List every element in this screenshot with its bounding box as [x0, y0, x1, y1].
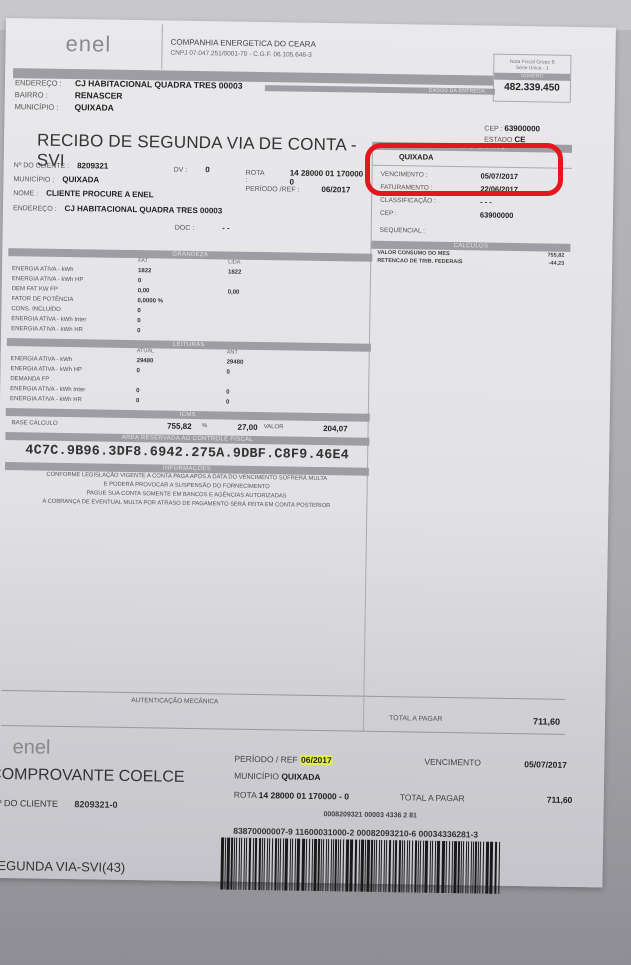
- grandeza-label: FATOR DE POTÊNCIA: [8, 296, 138, 304]
- barcode-bar: [254, 838, 257, 890]
- barcode-bar: [279, 838, 281, 890]
- leituras-c2: [226, 383, 316, 384]
- leituras-c2: 29480: [227, 360, 317, 367]
- left-column: GRANDEZA FAT LIDA ENERGIA ATIVA - kWh182…: [4, 248, 372, 512]
- sequencial-row: SEQUENCIAL :: [372, 224, 571, 240]
- stub-municipio-value: QUIXADA: [281, 771, 320, 782]
- barcode-bar: [291, 839, 293, 891]
- stub-vencimento-date: 05/07/2017: [524, 759, 567, 770]
- barcode-bar: [394, 840, 397, 892]
- periodo-value: 06/2017: [321, 185, 350, 194]
- barcode-bar: [388, 840, 391, 892]
- stub-vencimento-value: 05/07/2017: [524, 759, 567, 770]
- stub-cliente-label: Nº DO CLIENTE: [0, 798, 58, 809]
- barcode-bar: [271, 838, 273, 890]
- payment-stub: enel COMPROVANTE COELCE Nº DO CLIENTE 82…: [0, 730, 595, 889]
- grandeza-c2: [227, 333, 317, 334]
- barcode-bar: [263, 838, 265, 890]
- grandeza-c1: 1822: [138, 268, 228, 275]
- grandeza-c1: 0: [137, 318, 227, 325]
- stub-cliente-value: 8209321-0: [74, 799, 117, 810]
- barcode-bar: [479, 842, 481, 894]
- leituras-c2: 0: [226, 390, 316, 397]
- grandeza-c2: [228, 303, 318, 304]
- leituras-c1: [136, 381, 226, 382]
- leituras-col2: ANT: [227, 350, 317, 359]
- sequencial-label: SEQUENCIAL :: [380, 227, 480, 236]
- barcode-bar: [424, 841, 428, 893]
- periodo-row: PERÍODO /REF : 06/2017: [245, 184, 350, 195]
- leituras-label: ENERGIA ATIVA - kWh: [7, 356, 137, 364]
- barcode-bar: [349, 840, 353, 892]
- barcode-bar: [245, 838, 247, 890]
- barcode-bar: [268, 838, 270, 890]
- cliente-value: 8209321: [77, 161, 108, 170]
- company-cnpj: CNPJ 07.047.251/0001-70 - C.G.F. 06.105.…: [170, 50, 311, 59]
- cep-value: 63900000: [504, 124, 540, 134]
- bairro-label: BAIRRO :: [15, 90, 75, 100]
- cliente-row: Nº DO CLIENTE : 8209321: [14, 160, 109, 170]
- icms-valor-value: 204,07: [298, 423, 348, 433]
- enel-logo-stub: enel: [12, 736, 50, 760]
- barcode-bar: [248, 838, 251, 890]
- leituras-c1: 0: [136, 388, 226, 395]
- municipio-value: QUIXADA: [75, 102, 114, 113]
- barcode-bar: [403, 840, 405, 892]
- dv-value: 0: [205, 165, 210, 174]
- barcode-bar: [462, 841, 464, 893]
- leituras-label: DEMANDA FP: [6, 376, 136, 384]
- municipio-cli-label: MUNICÍPIO :: [13, 176, 54, 184]
- grandeza-label: ENERGIA ATIVA - kWh HP: [8, 276, 138, 284]
- municipio-cli-row: MUNICÍPIO : QUIXADA: [13, 174, 99, 184]
- barcode-bar: [498, 842, 500, 894]
- delivery-address: ENDEREÇO : CJ HABITACIONAL QUADRA TRES 0…: [15, 76, 376, 118]
- stub-rota-label: ROTA: [234, 790, 257, 800]
- endereco-cli-label: ENDEREÇO :: [13, 205, 57, 213]
- header-logo-box: enel: [13, 22, 162, 69]
- segunda-via-label: SEGUNDA VIA-SVI(43): [0, 858, 125, 875]
- grandeza-c2: 1822: [228, 270, 318, 277]
- highlight-annotation-ring: [365, 143, 563, 196]
- cliente-label: Nº DO CLIENTE :: [14, 162, 70, 170]
- grandeza-c2: [227, 323, 317, 324]
- comprovante-title: COMPROVANTE COELCE: [0, 766, 185, 787]
- leituras-c1: 0: [136, 368, 226, 375]
- nome-value: CLIENTE PROCURE A ENEL: [46, 189, 154, 200]
- dv-label: DV :: [174, 167, 188, 174]
- barcode-bar: [327, 839, 329, 891]
- grandeza-label: CONS. INCLUÍDO: [7, 306, 137, 314]
- aliquota-label: %: [192, 423, 218, 429]
- leituras-table: ENERGIA ATIVA - kWh2948029480ENERGIA ATI…: [6, 354, 371, 410]
- cep-centro-value: 63900000: [480, 210, 514, 220]
- barcode-bar: [240, 838, 242, 890]
- leituras-c2: 0: [226, 370, 316, 377]
- client-info: Nº DO CLIENTE : 8209321 DV : 0 ROTA : 14…: [12, 158, 373, 259]
- barcode-bar: [467, 841, 469, 893]
- bairro-value: RENASCER: [75, 90, 123, 101]
- grandeza-c2: 0,00: [228, 290, 318, 297]
- doc-label: DOC :: [175, 225, 195, 232]
- endereco-cli-row: ENDEREÇO : CJ HABITACIONAL QUADRA TRES 0…: [13, 203, 222, 215]
- stub-vencimento-label: VENCIMENTO: [424, 757, 481, 768]
- calc-label: RETENCAO DE TRIB. FEDERAIS: [377, 257, 462, 266]
- stub-total: 711,60: [547, 795, 573, 805]
- company-name: COMPANHIA ENERGETICA DO CEARA: [171, 38, 316, 49]
- barcode-bar: [385, 840, 387, 892]
- nome-row: NOME : CLIENTE PROCURE A ENEL: [13, 188, 153, 199]
- stub-municipio: MUNICÍPIO QUIXADA: [234, 771, 321, 782]
- stub-municipio-label: MUNICÍPIO: [234, 771, 279, 782]
- barcode-bar: [308, 839, 310, 891]
- barcode-bar: [436, 841, 440, 893]
- barcode-bar: [284, 838, 288, 890]
- classificacao-value: - - -: [480, 197, 492, 206]
- barcode-bar: [445, 841, 447, 893]
- barcode-bar: [419, 841, 421, 893]
- grandeza-c1: 0: [137, 308, 227, 315]
- barcode-bar: [408, 840, 410, 892]
- barcode-bar: [380, 840, 382, 892]
- leituras-c1: 29480: [137, 358, 227, 365]
- cep-centro-label: CEP :: [380, 210, 480, 219]
- recibo-title-box: RECIBO DE SEGUNDA VIA DE CONTA - SVI: [12, 120, 373, 162]
- endereco-cli-value: CJ HABITACIONAL QUADRA TRES 00003: [65, 204, 223, 215]
- nome-label: NOME :: [13, 190, 38, 197]
- enel-logo: enel: [65, 31, 111, 58]
- grandeza-c2: [228, 283, 318, 284]
- numero-label: NÚMERO: [494, 73, 570, 81]
- barcode-bar: [339, 839, 341, 891]
- barcode-bar: [494, 842, 497, 894]
- stub-rota: ROTA 14 28000 01 170000 - 0: [234, 790, 349, 802]
- grandeza-c1: 0,0000 %: [138, 298, 228, 305]
- cep-centro-row: CEP : 63900000: [372, 207, 571, 223]
- grandeza-label: ENERGIA ATIVA - kWh: [8, 266, 138, 274]
- icms-valor-label: VALOR: [258, 424, 298, 431]
- leituras-c1: 0: [136, 398, 226, 405]
- right-column: CENTRO OPERATIVO QUIXADA VENCIMENTO : 05…: [363, 142, 572, 735]
- header-company-box: COMPANHIA ENERGETICA DO CEARA CNPJ 07.04…: [161, 24, 494, 74]
- municipio-cli-value: QUIXADA: [62, 175, 99, 185]
- nota-fiscal-box: Nota Fiscal Grupo B Série Única - 1 NÚME…: [493, 54, 572, 103]
- total-label: TOTAL A PAGAR: [389, 715, 443, 723]
- nota-fiscal-number: 482.339.450: [494, 82, 570, 94]
- barcode-bar: [322, 839, 324, 891]
- municipio-label: MUNICÍPIO :: [15, 102, 75, 112]
- grandeza-c1: 0: [137, 328, 227, 335]
- calc-value: 755,82: [547, 252, 564, 260]
- periodo-label: PERÍODO /REF :: [245, 186, 299, 194]
- barcode-bar: [448, 841, 450, 893]
- barcode-bar: [235, 838, 237, 890]
- base-calculo-value: 755,82: [122, 420, 192, 430]
- grandeza-c1: 0,00: [138, 288, 228, 295]
- grandeza-c1: 0: [138, 278, 228, 285]
- leituras-label: ENERGIA ATIVA - kWh Inter: [6, 386, 136, 394]
- calc-value: -44,23: [549, 260, 565, 268]
- doc-row: DOC : - -: [175, 223, 230, 233]
- classificacao-label: CLASSIFICAÇÃO :: [380, 197, 480, 206]
- doc-value: - -: [222, 223, 230, 232]
- barcode-bar: [354, 840, 357, 892]
- grandeza-label: ENERGIA ATIVA - kWh Inter: [7, 316, 137, 324]
- stub-periodo: PERÍODO / REF 06/2017: [234, 754, 333, 766]
- leituras-col1: ATUAL: [137, 348, 227, 357]
- grandeza-label: ENERGIA ATIVA - kWh HR: [7, 326, 137, 334]
- stub-total-value: 711,60: [547, 795, 573, 805]
- stub-periodo-value: 06/2017: [300, 755, 333, 766]
- barcode-bar: [296, 839, 300, 891]
- grandeza-col1: FAT: [138, 258, 228, 267]
- stub-ref-line: 0008209321 00003 4336 2 81: [323, 811, 417, 819]
- leituras-label: ENERGIA ATIVA - kWh HR: [6, 396, 136, 404]
- total-value: 711,60: [533, 716, 560, 726]
- nota-fiscal-serie: Série Única - 1: [494, 65, 570, 72]
- autenticacao-label: AUTENTICAÇÃO MECÂNICA: [131, 697, 218, 705]
- cep-label: CEP :: [484, 126, 502, 133]
- stub-cliente: Nº DO CLIENTE 8209321-0: [0, 798, 118, 810]
- payment-barcode: [220, 837, 565, 894]
- grandeza-c2: [227, 313, 317, 314]
- leituras-label: ENERGIA ATIVA - kWh HP: [6, 366, 136, 374]
- stub-total-label: TOTAL A PAGAR: [400, 792, 465, 803]
- grandeza-table: ENERGIA ATIVA - kWh18221822ENERGIA ATIVA…: [7, 264, 372, 340]
- rota-label: ROTA :: [245, 170, 267, 184]
- aliquota-value: 27,00: [218, 422, 258, 432]
- barcode-bar: [375, 840, 377, 892]
- barcode-bar: [342, 839, 344, 891]
- stub-rota-value: 14 28000 01 170000 - 0: [259, 790, 349, 801]
- endereco-label: ENDEREÇO :: [15, 78, 75, 88]
- stub-periodo-label: PERÍODO / REF: [234, 754, 297, 765]
- authentication-row: AUTENTICAÇÃO MECÂNICA TOTAL A PAGAR 711,…: [1, 690, 565, 735]
- barcode-bar: [482, 842, 484, 894]
- barcode-bar: [411, 840, 413, 892]
- base-calculo-label: BASE CÁLCULO: [12, 420, 122, 428]
- leituras-c2: 0: [226, 400, 316, 407]
- grandeza-label: DEM FAT KW FP: [8, 286, 138, 294]
- barcode-bar: [489, 842, 493, 894]
- barcode-bar: [305, 839, 307, 891]
- barcode-bar: [431, 841, 433, 893]
- grandeza-col2: LIDA: [228, 260, 318, 269]
- dv-row: DV : 0: [174, 165, 210, 175]
